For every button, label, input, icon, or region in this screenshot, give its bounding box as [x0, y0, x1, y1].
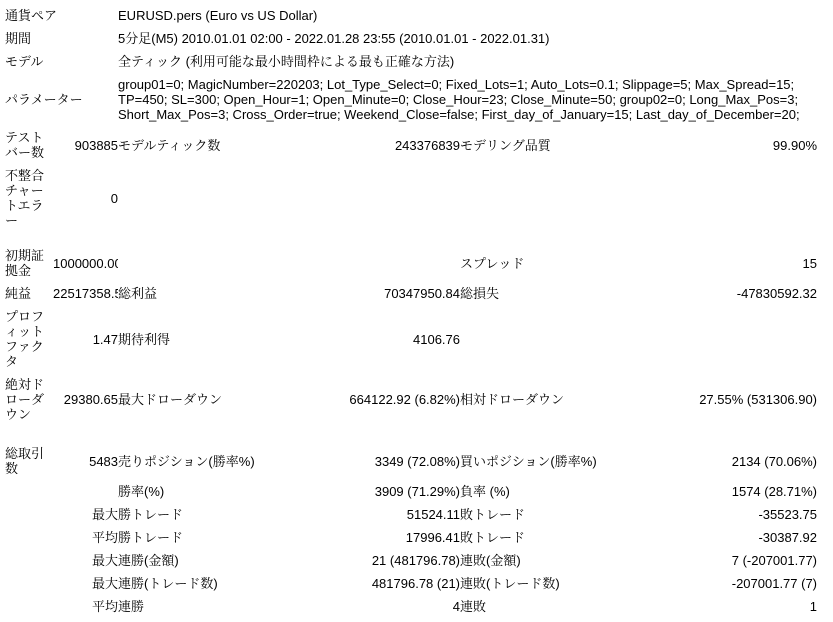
mismatched-charts-errors-value: 0	[53, 164, 118, 232]
empty-cell	[118, 244, 303, 282]
row-average-consecutive: 平均 連勝 4 連敗 1	[5, 595, 817, 618]
absolute-drawdown-label: 絶対ドローダウン	[5, 373, 53, 426]
model-label: モデル	[5, 50, 118, 73]
empty-cell	[118, 164, 303, 232]
modelling-quality-label: モデリング品質	[460, 126, 657, 164]
row-average-trade: 平均 勝トレード 17996.41 敗トレード -30387.92	[5, 526, 817, 549]
gross-loss-value: -47830592.32	[657, 282, 817, 305]
row-parameters: パラメーター group01=0; MagicNumber=220203; Lo…	[5, 73, 817, 126]
long-positions-value: 2134 (70.06%)	[657, 442, 817, 480]
maximal-drawdown-label: 最大ドローダウン	[118, 373, 303, 426]
row-initial-deposit-spread: 初期証拠金 1000000.00 スプレッド 15	[5, 244, 817, 282]
consecutive-losses-money-label: 連敗(金額)	[460, 549, 657, 572]
row-mismatched-charts-errors: 不整合チャートエラー 0	[5, 164, 817, 232]
spread-value: 15	[657, 244, 817, 282]
empty-cell	[657, 305, 817, 373]
total-trades-value: 5483	[53, 442, 118, 480]
row-model: モデル 全ティック (利用可能な最小時間枠による最も正確な方法)	[5, 50, 817, 73]
spacer-row	[5, 232, 817, 244]
strategy-tester-report: 通貨ペア EURUSD.pers (Euro vs US Dollar) 期間 …	[0, 0, 833, 622]
row-max-consecutive-count: 最大 連勝(トレード数) 481796.78 (21) 連敗(トレード数) -2…	[5, 572, 817, 595]
expected-payoff-label: 期待利得	[118, 305, 303, 373]
long-positions-label: 買いポジション(勝率%)	[460, 442, 657, 480]
net-profit-value: 22517358.53	[53, 282, 118, 305]
average-profit-trade-value: 17996.41	[303, 526, 460, 549]
profit-trades-value: 3909 (71.29%)	[303, 480, 460, 503]
maximum-label: 最大	[53, 549, 118, 572]
row-bars-ticks-quality: テストバー数 903885 モデルティック数 243376839 モデリング品質…	[5, 126, 817, 164]
spacer-cell	[5, 426, 817, 442]
short-positions-value: 3349 (72.08%)	[303, 442, 460, 480]
spread-label: スプレッド	[460, 244, 657, 282]
row-drawdowns: 絶対ドローダウン 29380.65 最大ドローダウン 664122.92 (6.…	[5, 373, 817, 426]
profit-factor-value: 1.47	[53, 305, 118, 373]
gross-profit-label: 総利益	[118, 282, 303, 305]
row-profit-loss-trades: 勝率(%) 3909 (71.29%) 負率 (%) 1574 (28.71%)	[5, 480, 817, 503]
relative-drawdown-value: 27.55% (531306.90)	[657, 373, 817, 426]
relative-drawdown-label: 相対ドローダウン	[460, 373, 657, 426]
empty-cell	[460, 305, 657, 373]
consecutive-losses-money-value: 7 (-207001.77)	[657, 549, 817, 572]
row-total-trades: 総取引数 5483 売りポジション(勝率%) 3349 (72.08%) 買いポ…	[5, 442, 817, 480]
average-consecutive-wins-label: 連勝	[118, 595, 303, 618]
maximal-drawdown-value: 664122.92 (6.82%)	[303, 373, 460, 426]
row-period: 期間 5分足(M5) 2010.01.01 02:00 - 2022.01.28…	[5, 27, 817, 50]
average-loss-trade-label: 敗トレード	[460, 526, 657, 549]
consecutive-profit-count-label: 連勝(トレード数)	[118, 572, 303, 595]
bars-in-test-value: 903885	[53, 126, 118, 164]
empty-cell	[5, 595, 53, 618]
period-value: 5分足(M5) 2010.01.01 02:00 - 2022.01.28 23…	[118, 27, 817, 50]
period-label: 期間	[5, 27, 118, 50]
gross-profit-value: 70347950.84	[303, 282, 460, 305]
parameters-label: パラメーター	[5, 73, 118, 126]
maximal-label: 最大	[53, 572, 118, 595]
expected-payoff-value: 4106.76	[303, 305, 460, 373]
parameters-value: group01=0; MagicNumber=220203; Lot_Type_…	[118, 73, 817, 126]
gross-loss-label: 総損失	[460, 282, 657, 305]
empty-cell	[5, 526, 53, 549]
short-positions-label: 売りポジション(勝率%)	[118, 442, 303, 480]
total-trades-label: 総取引数	[5, 442, 53, 480]
profit-trades-label: 勝率(%)	[118, 480, 303, 503]
ticks-modelled-value: 243376839	[303, 126, 460, 164]
empty-cell	[657, 164, 817, 232]
empty-cell	[303, 244, 460, 282]
row-profit-factor: プロフィットファクタ 1.47 期待利得 4106.76	[5, 305, 817, 373]
model-value: 全ティック (利用可能な最小時間枠による最も正確な方法)	[118, 50, 817, 73]
row-symbol: 通貨ペア EURUSD.pers (Euro vs US Dollar)	[5, 4, 817, 27]
spacer-row	[5, 426, 817, 442]
symbol-label: 通貨ペア	[5, 4, 118, 27]
consecutive-wins-money-label: 連勝(金額)	[118, 549, 303, 572]
empty-cell	[460, 164, 657, 232]
average-consecutive-wins-value: 4	[303, 595, 460, 618]
average-profit-trade-label: 勝トレード	[118, 526, 303, 549]
mismatched-charts-errors-label: 不整合チャートエラー	[5, 164, 53, 232]
empty-cell	[53, 480, 118, 503]
consecutive-loss-count-value: -207001.77 (7)	[657, 572, 817, 595]
row-max-consecutive-money: 最大 連勝(金額) 21 (481796.78) 連敗(金額) 7 (-2070…	[5, 549, 817, 572]
consecutive-profit-count-value: 481796.78 (21)	[303, 572, 460, 595]
largest-loss-trade-value: -35523.75	[657, 503, 817, 526]
largest-profit-trade-label: 勝トレード	[118, 503, 303, 526]
average-consecutive-losses-label: 連敗	[460, 595, 657, 618]
initial-deposit-label: 初期証拠金	[5, 244, 53, 282]
row-net-profit: 純益 22517358.53 総利益 70347950.84 総損失 -4783…	[5, 282, 817, 305]
average-loss-trade-value: -30387.92	[657, 526, 817, 549]
empty-cell	[5, 572, 53, 595]
modelling-quality-value: 99.90%	[657, 126, 817, 164]
empty-cell	[5, 549, 53, 572]
empty-cell	[303, 164, 460, 232]
consecutive-wins-money-value: 21 (481796.78)	[303, 549, 460, 572]
loss-trades-value: 1574 (28.71%)	[657, 480, 817, 503]
largest-profit-trade-value: 51524.11	[303, 503, 460, 526]
row-largest-trade: 最大 勝トレード 51524.11 敗トレード -35523.75	[5, 503, 817, 526]
ticks-modelled-label: モデルティック数	[118, 126, 303, 164]
initial-deposit-value: 1000000.00	[53, 244, 118, 282]
loss-trades-label: 負率 (%)	[460, 480, 657, 503]
absolute-drawdown-value: 29380.65	[53, 373, 118, 426]
empty-cell	[5, 480, 53, 503]
net-profit-label: 純益	[5, 282, 53, 305]
empty-cell	[5, 503, 53, 526]
profit-factor-label: プロフィットファクタ	[5, 305, 53, 373]
report-table: 通貨ペア EURUSD.pers (Euro vs US Dollar) 期間 …	[5, 4, 817, 618]
largest-label: 最大	[53, 503, 118, 526]
average-label: 平均	[53, 526, 118, 549]
consecutive-loss-count-label: 連敗(トレード数)	[460, 572, 657, 595]
average-consecutive-label: 平均	[53, 595, 118, 618]
bars-in-test-label: テストバー数	[5, 126, 53, 164]
average-consecutive-losses-value: 1	[657, 595, 817, 618]
spacer-cell	[5, 232, 817, 244]
largest-loss-trade-label: 敗トレード	[460, 503, 657, 526]
symbol-value: EURUSD.pers (Euro vs US Dollar)	[118, 4, 817, 27]
